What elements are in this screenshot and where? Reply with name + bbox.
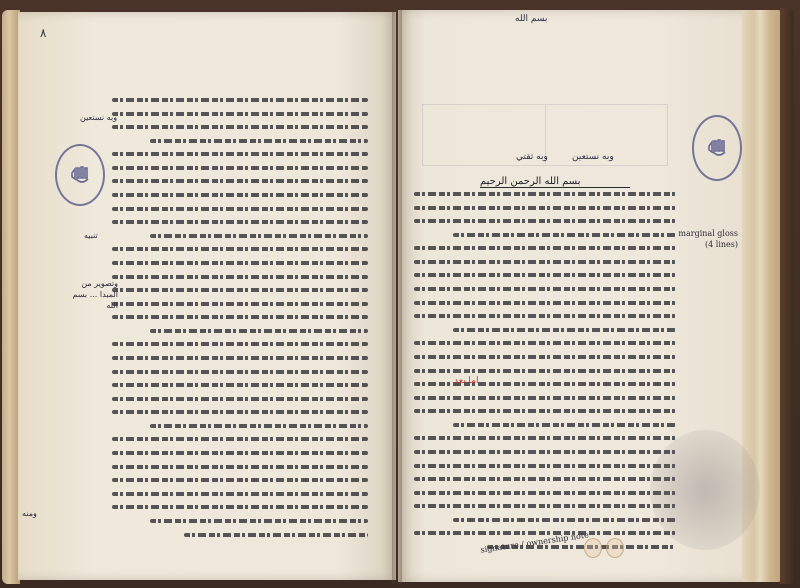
text-line xyxy=(414,188,676,199)
text-line xyxy=(414,242,676,253)
text-line xyxy=(112,325,368,336)
text-line xyxy=(112,298,368,309)
binding-cover xyxy=(780,8,794,584)
margin-note-4: ومنه xyxy=(22,508,37,519)
text-line xyxy=(112,488,368,499)
text-line xyxy=(112,393,368,404)
text-line xyxy=(112,257,368,268)
text-line xyxy=(112,338,368,349)
text-line xyxy=(112,94,368,105)
text-line xyxy=(414,432,676,443)
text-line xyxy=(414,419,676,430)
text-line xyxy=(112,433,368,444)
ring-stain-1 xyxy=(584,538,602,558)
text-line xyxy=(414,337,676,348)
text-line xyxy=(112,311,368,322)
text-line xyxy=(414,365,676,376)
text-line xyxy=(112,406,368,417)
text-line xyxy=(112,148,368,159)
water-stain xyxy=(650,430,760,550)
text-line xyxy=(112,284,368,295)
folio-number: ٨ xyxy=(40,26,46,40)
red-rubric: اما بعد xyxy=(454,376,479,386)
text-line xyxy=(414,310,676,321)
gutter xyxy=(392,10,402,584)
text-line xyxy=(414,392,676,403)
text-line xyxy=(112,529,368,540)
seal-emblem-icon xyxy=(705,136,729,160)
text-line xyxy=(414,460,676,471)
text-line xyxy=(112,121,368,132)
text-line xyxy=(112,420,368,431)
text-line xyxy=(112,474,368,485)
basmala-heading: بسم الله الرحمن الرحيم xyxy=(480,176,630,188)
text-line xyxy=(112,379,368,390)
text-line xyxy=(414,229,676,240)
text-line xyxy=(112,501,368,512)
text-line xyxy=(112,271,368,282)
text-line xyxy=(112,230,368,241)
library-stamp-left xyxy=(55,144,105,206)
text-line xyxy=(112,352,368,363)
text-line xyxy=(414,202,676,213)
seal-emblem-icon xyxy=(68,163,92,187)
margin-note-1: وبه نستعين xyxy=(80,112,117,123)
manuscript-photo: ٨ بسم الله وبه نستعين وبه ثقتي بسم الله … xyxy=(0,0,800,588)
text-line xyxy=(112,175,368,186)
text-line xyxy=(112,135,368,146)
text-line xyxy=(112,366,368,377)
margin-note-3: وتصوير من المبدا ... بسم الله xyxy=(68,278,118,311)
right-page-text xyxy=(414,188,676,555)
left-page-text xyxy=(112,94,368,542)
text-line xyxy=(112,515,368,526)
right-margin-gloss: marginal gloss (4 lines) xyxy=(672,228,738,250)
margin-note-2: تنبيه xyxy=(84,230,98,241)
text-line xyxy=(414,487,676,498)
ring-stain-2 xyxy=(606,538,624,558)
sub-heading-1: وبه نستعين xyxy=(572,152,614,162)
text-line xyxy=(112,189,368,200)
text-line xyxy=(414,405,676,416)
text-line xyxy=(414,514,676,525)
text-line xyxy=(112,162,368,173)
text-line xyxy=(414,446,676,457)
text-line xyxy=(112,243,368,254)
text-line xyxy=(112,461,368,472)
text-line xyxy=(112,216,368,227)
header-note: بسم الله xyxy=(515,14,547,24)
sub-heading-2: وبه ثقتي xyxy=(516,152,548,162)
text-line xyxy=(112,108,368,119)
text-line xyxy=(414,215,676,226)
text-line xyxy=(414,256,676,267)
text-line xyxy=(414,351,676,362)
text-line xyxy=(414,297,676,308)
library-stamp-right xyxy=(692,115,742,181)
text-line xyxy=(414,473,676,484)
text-line xyxy=(112,203,368,214)
text-line xyxy=(414,283,676,294)
text-line xyxy=(414,324,676,335)
text-line xyxy=(112,447,368,458)
text-line xyxy=(414,500,676,511)
text-line xyxy=(414,269,676,280)
